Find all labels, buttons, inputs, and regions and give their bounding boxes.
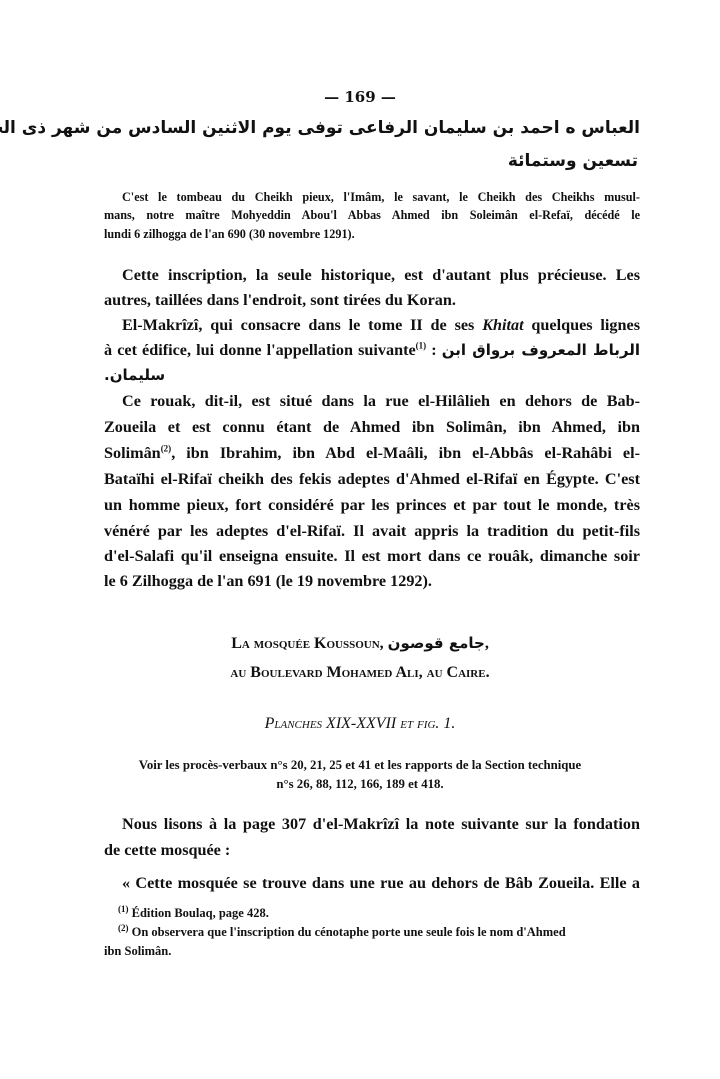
document-page: — 169 — العباس ه احمد بن سليمان الرفاعى …: [0, 0, 720, 1079]
footnote-1-text: Édition Boulaq, page 428.: [129, 906, 269, 920]
arabic-inscription-line-2: تسعين وستمائة: [508, 151, 638, 171]
paragraph-3-line-3: Solimân(2), ibn Ibrahim, ibn Abd el-Maâl…: [104, 444, 640, 463]
footnote-2-line-2: ibn Solimân.: [104, 944, 171, 959]
text: ,: [485, 635, 489, 652]
references-line-1: Voir les procès-verbaux n°s 20, 21, 25 e…: [0, 758, 720, 773]
text: à cet édifice, lui donne l'appellation s…: [104, 341, 416, 359]
paragraph-3-line-6: vénéré par les adeptes d'el-Rifaï. Il av…: [104, 522, 640, 541]
footnote-ref-2[interactable]: (2): [161, 444, 172, 454]
text: quelques lignes: [524, 316, 640, 334]
translation-line-1: C'est le tombeau du Cheikh pieux, l'Imâm…: [122, 190, 640, 205]
footnote-marker-2: (2): [118, 923, 129, 933]
translation-line-3: lundi 6 zilhogga de l'an 690 (30 novembr…: [104, 227, 355, 242]
translation-line-2: mans, notre maître Mohyeddin Abou'l Abba…: [104, 208, 640, 223]
text: Solimân: [104, 444, 161, 462]
section-heading-line-2: au Boulevard Mohamed Ali, au Caire.: [0, 664, 720, 682]
paragraph-3-line-8: le 6 Zilhogga de l'an 691 (le 19 novembr…: [104, 572, 432, 591]
paragraph-3-line-2: Zoueila et est connu étant de Ahmed ibn …: [104, 418, 640, 437]
arabic-appellation-line-2: سليمان.: [104, 366, 165, 384]
planches-reference: Planches XIX-XXVII et fig. 1.: [0, 715, 720, 733]
paragraph-3-line-5: un homme pieux, fort considéré par les p…: [104, 496, 640, 515]
paragraph-3-line-1: Ce rouak, dit-il, est situé dans la rue …: [122, 392, 640, 411]
paragraph-2-line-1: El-Makrîzî, qui consacre dans le tome II…: [122, 316, 640, 335]
footnote-2: (2) On observera que l'inscription du cé…: [118, 925, 640, 940]
footnote-1: (1) Édition Boulaq, page 428.: [118, 906, 269, 921]
text: , ibn Ibrahim, ibn Abd el-Maâli, ibn el-…: [171, 444, 640, 462]
references-line-2: n°s 26, 88, 112, 166, 189 et 418.: [0, 777, 720, 792]
text: El-Makrîzî, qui consacre dans le tome II…: [122, 316, 482, 334]
footnote-ref-1[interactable]: (1): [416, 341, 427, 351]
footnote-2-text: On observera que l'inscription du cénota…: [129, 925, 566, 939]
section-heading-line-1: La mosquée Koussoun, جامع قوصون,: [0, 634, 720, 653]
paragraph-5-line-1: « Cette mosquée se trouve dans une rue a…: [122, 874, 640, 893]
paragraph-4-line-1: Nous lisons à la page 307 d'el-Makrîzî l…: [122, 815, 640, 834]
text: La mosquée Koussoun,: [231, 635, 387, 652]
khitat-title: Khitat: [482, 316, 523, 334]
paragraph-2-line-2: à cet édifice, lui donne l'appellation s…: [104, 341, 640, 360]
page-number: — 169 —: [0, 88, 720, 106]
paragraph-1-line-2: autres, taillées dans l'endroit, sont ti…: [104, 291, 456, 310]
paragraph-3-line-7: d'el-Salafi qu'il enseigna ensuite. Il e…: [104, 547, 640, 566]
arabic-mosque-name: جامع قوصون: [388, 634, 485, 652]
paragraph-4-line-2: de cette mosquée :: [104, 841, 230, 860]
paragraph-1-line-1: Cette inscription, la seule historique, …: [122, 266, 640, 285]
footnote-marker-1: (1): [118, 904, 129, 914]
text: :: [426, 341, 442, 359]
arabic-inscription-line-1: العباس ه احمد بن سليمان الرفاعى توفى يوم…: [104, 118, 640, 138]
arabic-appellation: الرباط المعروف برواق ابن: [442, 341, 640, 359]
paragraph-3-line-4: Bataïhi el-Rifaï cheikh des fekis adepte…: [104, 470, 640, 489]
